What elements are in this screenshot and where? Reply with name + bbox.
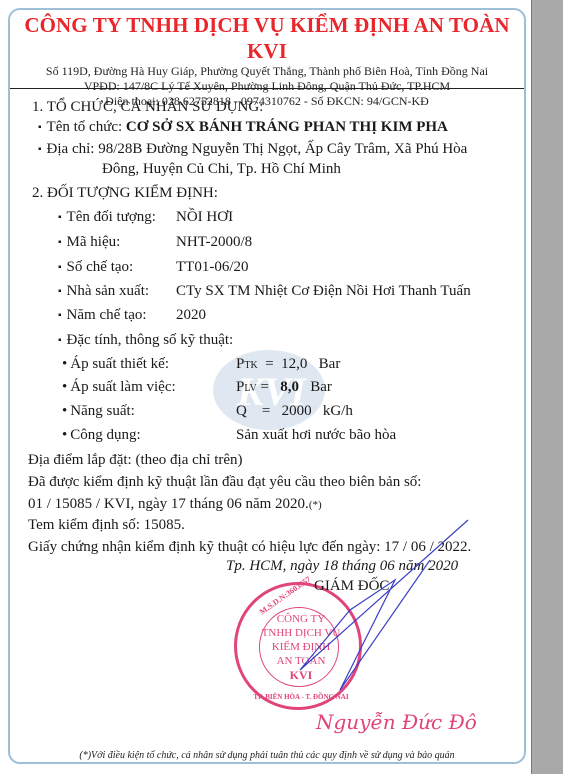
header-divider	[10, 88, 524, 89]
stamp-number: Tem kiểm định số: 15085.	[28, 516, 185, 535]
spec-value: PTK = 12,0 Bar	[236, 355, 340, 375]
address-value: 98/28B Đường Nguyễn Thị Ngọt, Ấp Cây Trâ…	[98, 141, 467, 157]
signer-title: GIÁM ĐỐC	[314, 578, 389, 595]
signer-name: Nguyễn Đức Đô	[316, 710, 477, 734]
field-row: Mã hiệu:	[58, 233, 120, 253]
report-number: 01 / 15085 / KVI, ngày 17 tháng 06 năm 2…	[28, 495, 322, 515]
org-address-row: Địa chỉ: 98/28B Đường Nguyễn Thị Ngọt, Ấ…	[38, 140, 467, 160]
section1-title: 1. TỔ CHỨC, CÁ NHÂN SỬ DỤNG:	[32, 98, 263, 117]
company-office: VPĐD: 147/8C Lý Tế Xuyên, Phường Linh Đô…	[10, 79, 524, 94]
spec-value: PLV = 8,0 Bar	[236, 378, 332, 398]
install-location: Địa điểm lắp đặt: (theo địa chỉ trên)	[28, 451, 243, 470]
spec-value: Q = 2000 kG/h	[236, 402, 353, 421]
field-value: NHT-2000/8	[176, 233, 252, 252]
valid-until: Giấy chứng nhận kiểm định kỹ thuật có hi…	[28, 538, 471, 557]
section2-title: 2. ĐỐI TƯỢNG KIỂM ĐỊNH:	[32, 184, 218, 203]
specs-title: Đặc tính, thông số kỹ thuật:	[58, 331, 233, 351]
footnote: (*)Với điều kiện tổ chức, cá nhân sử dụn…	[10, 750, 524, 761]
company-name: CÔNG TY TNHH DỊCH VỤ KIỂM ĐỊNH AN TOÀN K…	[10, 12, 524, 64]
field-value: TT01-06/20	[176, 258, 249, 277]
field-value: CTy SX TM Nhiệt Cơ Điện Nồi Hơi Thanh Tu…	[176, 282, 471, 301]
field-row: Số chế tạo:	[58, 258, 133, 278]
field-row: Tên đối tượng:	[58, 208, 156, 228]
org-name-row: Tên tổ chức: CƠ SỞ SX BÁNH TRÁNG PHAN TH…	[38, 118, 448, 138]
viewer-background-strip	[531, 0, 563, 774]
org-label: Tên tổ chức:	[47, 119, 126, 135]
spec-row: Năng suất:	[62, 402, 135, 421]
spec-row: Áp suất làm việc:	[62, 378, 176, 397]
field-value: 2020	[176, 306, 206, 325]
spec-row: Áp suất thiết kế:	[62, 355, 169, 374]
letterhead: CÔNG TY TNHH DỊCH VỤ KIỂM ĐỊNH AN TOÀN K…	[10, 12, 524, 109]
field-row: Nhà sản xuất:	[58, 282, 149, 302]
inspection-statement: Đã được kiểm định kỹ thuật lần đầu đạt y…	[28, 473, 421, 492]
company-address: Số 119D, Đường Hà Huy Giáp, Phường Quyết…	[10, 64, 524, 79]
field-row: Năm chế tạo:	[58, 306, 147, 326]
spec-row: Công dụng:	[62, 426, 141, 445]
address-label: Địa chỉ:	[47, 141, 99, 157]
org-value: CƠ SỞ SX BÁNH TRÁNG PHAN THỊ KIM PHA	[126, 119, 448, 135]
address-value-cont: Đông, Huyện Củ Chi, Tp. Hồ Chí Minh	[102, 160, 341, 179]
company-seal: CÔNG TY TNHH DỊCH VỤ KIỂM ĐỊNH AN TOÀN K…	[234, 582, 362, 710]
spec-value: Sản xuất hơi nước bão hòa	[236, 426, 396, 445]
field-value: NỒI HƠI	[176, 208, 233, 227]
sign-date: Tp. HCM, ngày 18 tháng 06 năm 2020	[226, 558, 458, 575]
